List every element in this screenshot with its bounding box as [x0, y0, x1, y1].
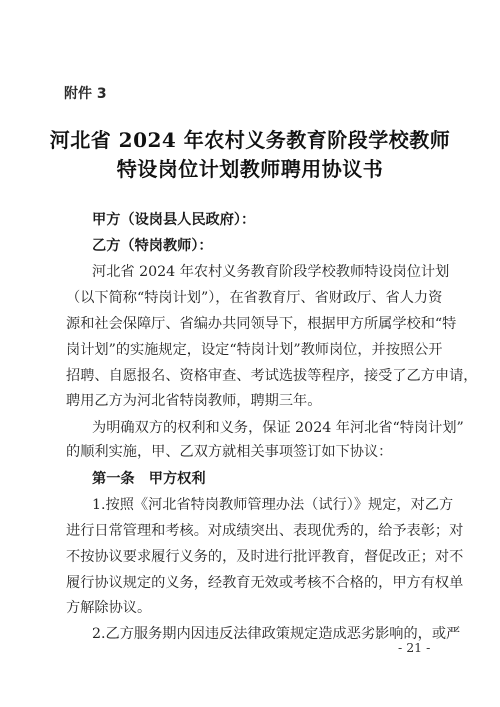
party-b-label: 乙方（特岗教师）：	[92, 236, 430, 256]
body-paragraph-line: 招聘、自愿报名、资格审查、考试选拔等程序，接受了乙方申请，	[66, 366, 430, 386]
attachment-label: 附件 3	[64, 83, 107, 103]
document-page: 附件 3 河北省 2024 年农村义务教育阶段学校教师 特设岗位计划教师聘用协议…	[0, 0, 500, 707]
clause-line: 2.乙方服务期内因违反法律政策规定造成恶劣影响的，或严	[92, 624, 430, 644]
clause-line: 1.按照《河北省特岗教师管理办法（试行）》规定，对乙方	[92, 495, 430, 515]
section-heading: 第一条 甲方权利	[92, 469, 430, 489]
body-paragraph-line: （以下简称“特岗计划”），在省教育厅、省财政厅、省人力资	[66, 288, 430, 308]
document-title-line-1: 河北省 2024 年农村义务教育阶段学校教师	[0, 124, 500, 153]
clause-line: 进行日常管理和考核。对成绩突出、表现优秀的，给予表彰；对	[66, 521, 430, 541]
body-paragraph-line: 岗计划”的实施规定，设定“特岗计划”教师岗位，并按照公开	[66, 340, 430, 360]
body-paragraph-line: 聘用乙方为河北省特岗教师，聘期三年。	[66, 391, 430, 411]
body-paragraph-line: 的顺利实施，甲、乙双方就相关事项签订如下协议：	[66, 442, 430, 462]
clause-line: 方解除协议。	[66, 598, 430, 618]
body-paragraph-line: 为明确双方的权利和义务，保证 2024 年河北省“特岗计划”	[92, 418, 430, 438]
document-title-line-2: 特设岗位计划教师聘用协议书	[0, 153, 500, 182]
clause-line: 不按协议要求履行义务的，及时进行批评教育，督促改正；对不	[66, 547, 430, 567]
body-paragraph-line: 源和社会保障厅、省编办共同领导下，根据甲方所属学校和“特	[66, 314, 430, 334]
party-a-label: 甲方（设岗县人民政府）：	[92, 210, 430, 230]
body-paragraph-line: 河北省 2024 年农村义务教育阶段学校教师特设岗位计划	[92, 262, 430, 282]
page-number: - 21 -	[398, 640, 430, 655]
clause-line: 履行协议规定的义务，经教育无效或考核不合格的，甲方有权单	[66, 573, 430, 593]
